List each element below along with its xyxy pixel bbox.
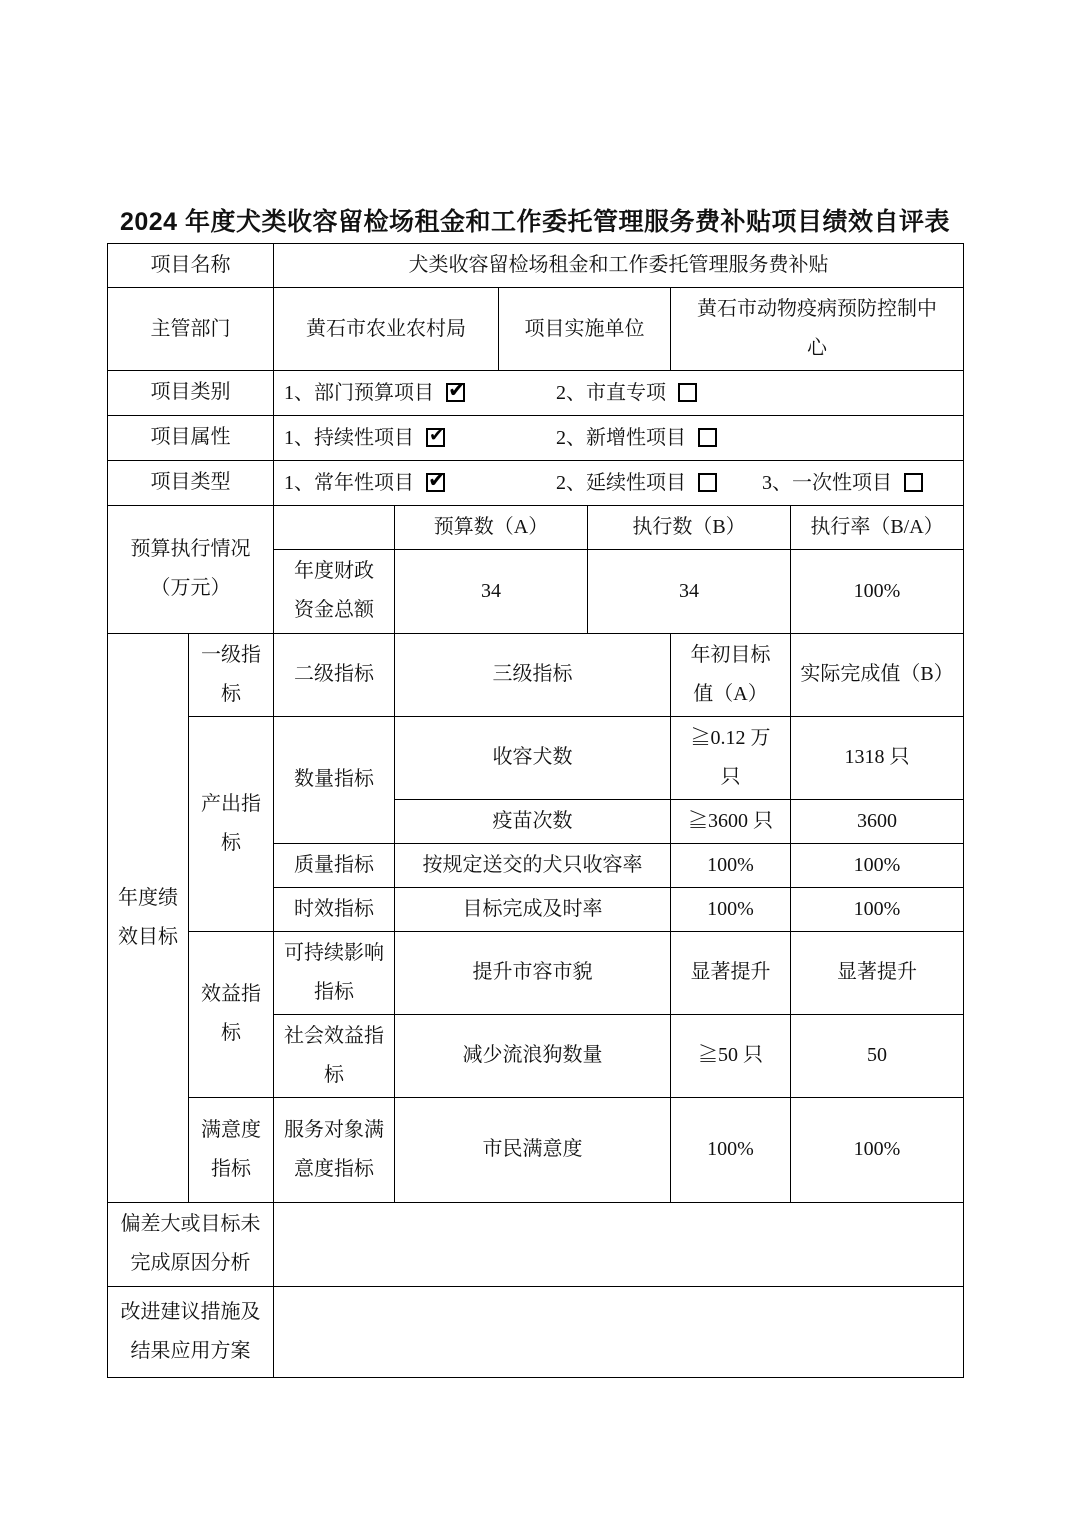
level2-header: 二级指标 xyxy=(274,633,395,716)
category-label: 项目类别 xyxy=(108,371,274,416)
indicator-actual: 100% xyxy=(791,1097,964,1202)
indicator-name: 市民满意度 xyxy=(395,1097,671,1202)
option-text: 1、部门预算项目 xyxy=(284,382,434,404)
improvement-plan-label: 改进建议措施及结果应用方案 xyxy=(108,1286,274,1377)
indicator-target: ≧50 只 xyxy=(671,1014,791,1097)
type-option-2: 2、延续性项目 xyxy=(556,464,762,503)
checkbox-unchecked-icon xyxy=(698,428,717,447)
table-row: 产出指标 数量指标 收容犬数 ≧0.12 万只 1318 只 xyxy=(108,716,964,799)
category-option-2: 2、市直专项 xyxy=(556,374,697,413)
indicator-target: 100% xyxy=(671,887,791,931)
option-text: 2、延续性项目 xyxy=(556,472,686,494)
indicator-target: ≧0.12 万只 xyxy=(671,716,791,799)
attribute-options: 1、持续性项目2、新增性项目 xyxy=(274,415,964,460)
checkbox-unchecked-icon xyxy=(678,383,697,402)
document-page: 2024 年度犬类收容留检场租金和工作委托管理服务费补贴项目绩效自评表 项目名称… xyxy=(0,0,1074,1520)
indicator-target: 100% xyxy=(671,1097,791,1202)
type-option-1: 1、常年性项目 xyxy=(284,464,556,503)
exec-amount: 34 xyxy=(588,549,791,633)
table-row: 项目类别 1、部门预算项目2、市直专项 xyxy=(108,371,964,416)
indicator-actual: 3600 xyxy=(791,799,964,843)
satisfaction-indicator-label: 满意度指标 xyxy=(189,1097,274,1202)
option-text: 2、市直专项 xyxy=(556,382,666,404)
indicator-target: 100% xyxy=(671,843,791,887)
table-row: 满意度指标 服务对象满意度指标 市民满意度 100% 100% xyxy=(108,1097,964,1202)
attribute-option-1: 1、持续性项目 xyxy=(284,419,556,458)
category-option-1: 1、部门预算项目 xyxy=(284,374,556,413)
attribute-option-2: 2、新增性项目 xyxy=(556,419,717,458)
budget-col-header: 预算数（A） xyxy=(395,505,588,549)
table-row: 改进建议措施及结果应用方案 xyxy=(108,1286,964,1377)
table-row: 项目属性 1、持续性项目2、新增性项目 xyxy=(108,415,964,460)
category-options: 1、部门预算项目2、市直专项 xyxy=(274,371,964,416)
exec-col-header: 执行数（B） xyxy=(588,505,791,549)
exec-rate: 100% xyxy=(791,549,964,633)
sustainability-indicator-label: 可持续影响指标 xyxy=(274,931,395,1014)
indicator-actual: 100% xyxy=(791,843,964,887)
indicator-actual: 100% xyxy=(791,887,964,931)
output-indicator-label: 产出指标 xyxy=(189,716,274,931)
type-option-3: 3、一次性项目 xyxy=(762,464,923,503)
table-row: 项目类型 1、常年性项目2、延续性项目3、一次性项目 xyxy=(108,460,964,505)
checkbox-checked-icon xyxy=(426,428,445,447)
indicator-actual: 显著提升 xyxy=(791,931,964,1014)
service-satisfaction-indicator-label: 服务对象满意度指标 xyxy=(274,1097,395,1202)
type-options: 1、常年性项目2、延续性项目3、一次性项目 xyxy=(274,460,964,505)
option-text: 3、一次性项目 xyxy=(762,472,892,494)
indicator-name: 收容犬数 xyxy=(395,716,671,799)
indicator-name: 目标完成及时率 xyxy=(395,887,671,931)
checkbox-unchecked-icon xyxy=(904,473,923,492)
deviation-analysis-content xyxy=(274,1202,964,1286)
level1-header: 一级指标 xyxy=(189,633,274,716)
indicator-actual: 50 xyxy=(791,1014,964,1097)
dept-label: 主管部门 xyxy=(108,288,274,371)
checkbox-checked-icon xyxy=(426,473,445,492)
table-row: 主管部门 黄石市农业农村局 项目实施单位 黄石市动物疫病预防控制中心 xyxy=(108,288,964,371)
checkbox-checked-icon xyxy=(446,383,465,402)
timeliness-indicator-label: 时效指标 xyxy=(274,887,395,931)
checkbox-unchecked-icon xyxy=(698,473,717,492)
indicator-name: 疫苗次数 xyxy=(395,799,671,843)
level3-header: 三级指标 xyxy=(395,633,671,716)
quantity-indicator-label: 数量指标 xyxy=(274,716,395,843)
self-evaluation-table: 项目名称 犬类收容留检场租金和工作委托管理服务费补贴 主管部门 黄石市农业农村局… xyxy=(107,243,964,1378)
project-name-value: 犬类收容留检场租金和工作委托管理服务费补贴 xyxy=(274,244,964,288)
option-text: 1、持续性项目 xyxy=(284,427,414,449)
project-name-label: 项目名称 xyxy=(108,244,274,288)
option-text: 1、常年性项目 xyxy=(284,472,414,494)
table-row: 预算执行情况（万元） 预算数（A） 执行数（B） 执行率（B/A） xyxy=(108,505,964,549)
quality-indicator-label: 质量指标 xyxy=(274,843,395,887)
benefit-indicator-label: 效益指标 xyxy=(189,931,274,1097)
impl-unit-value: 黄石市动物疫病预防控制中心 xyxy=(671,288,964,371)
improvement-plan-content xyxy=(274,1286,964,1377)
budget-blank-cell xyxy=(274,505,395,549)
attribute-label: 项目属性 xyxy=(108,415,274,460)
deviation-analysis-label: 偏差大或目标未完成原因分析 xyxy=(108,1202,274,1286)
indicator-target: ≧3600 只 xyxy=(671,799,791,843)
social-benefit-indicator-label: 社会效益指标 xyxy=(274,1014,395,1097)
table-row: 项目名称 犬类收容留检场租金和工作委托管理服务费补贴 xyxy=(108,244,964,288)
indicator-actual: 1318 只 xyxy=(791,716,964,799)
dept-value: 黄石市农业农村局 xyxy=(274,288,499,371)
target-header: 年初目标值（A） xyxy=(671,633,791,716)
impl-unit-label: 项目实施单位 xyxy=(499,288,671,371)
page-title: 2024 年度犬类收容留检场租金和工作委托管理服务费补贴项目绩效自评表 xyxy=(107,202,963,238)
option-text: 2、新增性项目 xyxy=(556,427,686,449)
actual-header: 实际完成值（B） xyxy=(791,633,964,716)
budget-amount: 34 xyxy=(395,549,588,633)
indicator-target: 显著提升 xyxy=(671,931,791,1014)
rate-col-header: 执行率（B/A） xyxy=(791,505,964,549)
indicator-name: 按规定送交的犬只收容率 xyxy=(395,843,671,887)
budget-section-label: 预算执行情况（万元） xyxy=(108,505,274,633)
performance-section-label: 年度绩效目标 xyxy=(108,633,189,1202)
table-row: 年度绩效目标 一级指标 二级指标 三级指标 年初目标值（A） 实际完成值（B） xyxy=(108,633,964,716)
indicator-name: 提升市容市貌 xyxy=(395,931,671,1014)
table-row: 效益指标 可持续影响指标 提升市容市貌 显著提升 显著提升 xyxy=(108,931,964,1014)
annual-funds-label: 年度财政资金总额 xyxy=(274,549,395,633)
indicator-name: 减少流浪狗数量 xyxy=(395,1014,671,1097)
type-label: 项目类型 xyxy=(108,460,274,505)
table-row: 偏差大或目标未完成原因分析 xyxy=(108,1202,964,1286)
